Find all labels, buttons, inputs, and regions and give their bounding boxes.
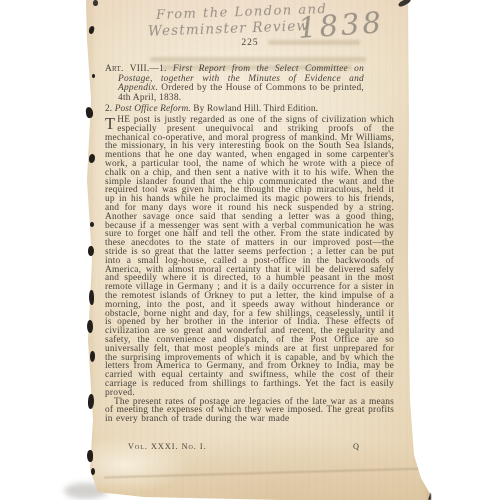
show-through-mark bbox=[150, 57, 366, 62]
binding-mark bbox=[87, 450, 93, 462]
drop-cap: T bbox=[105, 116, 117, 131]
paragraph-1: THE post is justly regarded as one of th… bbox=[105, 116, 394, 398]
article-entry-1: Art. VIII.—1. First Report from the Sele… bbox=[105, 65, 364, 103]
entry2-title: Post Office Reform. bbox=[115, 104, 191, 114]
entry2-imprint: By Rowland Hill. Third Edition. bbox=[193, 104, 318, 114]
binding-mark bbox=[92, 74, 95, 78]
body-text: THE post is justly regarded as one of th… bbox=[105, 116, 394, 424]
corner-mark bbox=[93, 0, 98, 6]
scanned-document-view: From the London and Westminster Review 1… bbox=[0, 0, 500, 500]
paragraph-2: The present rates of postage are legacie… bbox=[105, 398, 394, 424]
volume-signature: Vol. XXXI. No. I. bbox=[128, 442, 207, 451]
catchword: Q bbox=[353, 442, 359, 451]
binding-mark bbox=[89, 290, 94, 305]
binding-mark bbox=[91, 468, 95, 475]
paper-crease bbox=[104, 468, 424, 479]
entry1-label: Art. VIII.—1. bbox=[105, 64, 167, 74]
paragraph-1-text: HE post is justly regarded as one of the… bbox=[105, 115, 394, 398]
binding-mark bbox=[90, 222, 94, 227]
article-entry-2: 2. Post Office Reform. By Rowland Hill. … bbox=[105, 105, 390, 115]
scanned-page: From the London and Westminster Review 1… bbox=[84, 0, 432, 500]
article-heading: Art. VIII.—1. First Report from the Sele… bbox=[105, 65, 364, 114]
entry2-label: 2. bbox=[105, 104, 112, 114]
page-number: 225 bbox=[84, 38, 416, 48]
